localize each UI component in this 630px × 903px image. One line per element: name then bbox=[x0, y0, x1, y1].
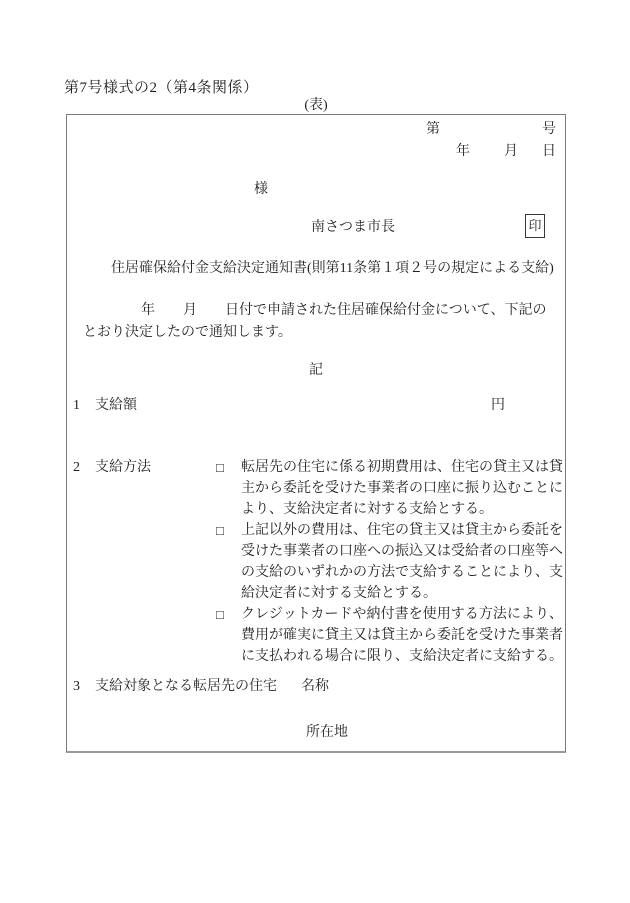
record-label: 記 bbox=[67, 361, 565, 381]
body-line-1: 年 月 日付で申請された住居確保給付金について、下記の bbox=[141, 301, 546, 321]
side-label: (表) bbox=[66, 96, 566, 116]
item2-number: 2 bbox=[73, 458, 80, 478]
payment-option-row: □ 上記以外の費用は、住宅の貸主又は貸主から委託を受けた事業者の口座への振込又は… bbox=[216, 520, 564, 604]
document-page: 第7号様式の2（第4条関係） (表) 第 号 年 月 日 様 南さつま市長 印 … bbox=[0, 0, 630, 903]
seal-label: 印 bbox=[528, 218, 541, 233]
seal-placeholder-box: 印 bbox=[525, 214, 545, 238]
payment-option-text: 転居先の住宅に係る初期費用は、住宅の貸主又は貸主から委託を受けた事業者の口座に振… bbox=[241, 457, 563, 520]
notice-sheet: 第 号 年 月 日 様 南さつま市長 印 住居確保給付金支給決定通知書(則第11… bbox=[66, 114, 566, 753]
payment-option-row: □ 転居先の住宅に係る初期費用は、住宅の貸主又は貸主から委託を受けた事業者の口座… bbox=[216, 457, 564, 520]
item3-label: 支給対象となる転居先の住宅 bbox=[95, 677, 277, 697]
date-day-label: 日 bbox=[542, 142, 556, 162]
date-year-label: 年 bbox=[456, 142, 470, 162]
item2-label: 支給方法 bbox=[95, 458, 151, 478]
payment-option-row: □ クレジットカードや納付書を使用する方法により、費用が確実に貸主又は貸主から委… bbox=[216, 604, 564, 667]
body-line-2: とおり決定したので通知します。 bbox=[83, 323, 292, 343]
doc-number-suffix: 号 bbox=[542, 120, 556, 140]
payment-option-text: 上記以外の費用は、住宅の貸主又は貸主から委託を受けた事業者の口座への振込又は受給… bbox=[241, 520, 563, 604]
item1-label: 支給額 bbox=[95, 396, 137, 416]
addressee-suffix: 様 bbox=[254, 180, 268, 200]
item1-number: 1 bbox=[73, 396, 80, 416]
checkbox-icon[interactable]: □ bbox=[216, 604, 241, 625]
item3-address-label: 所在地 bbox=[306, 723, 348, 743]
payment-method-options: □ 転居先の住宅に係る初期費用は、住宅の貸主又は貸主から委託を受けた事業者の口座… bbox=[216, 457, 564, 667]
date-month-label: 月 bbox=[504, 142, 518, 162]
item3-number: 3 bbox=[73, 677, 80, 697]
sender-name: 南さつま市長 bbox=[311, 218, 395, 238]
checkbox-icon[interactable]: □ bbox=[216, 457, 241, 478]
form-number: 第7号様式の2（第4条関係） bbox=[64, 78, 259, 98]
item1-unit-label: 円 bbox=[491, 396, 505, 416]
payment-option-text: クレジットカードや納付書を使用する方法により、費用が確実に貸主又は貸主から委託を… bbox=[241, 604, 563, 667]
document-title: 住居確保給付金支給決定通知書(則第11条第１項２号の規定による支給) bbox=[111, 259, 554, 279]
checkbox-icon[interactable]: □ bbox=[216, 520, 241, 541]
item3-name-label: 名称 bbox=[301, 677, 329, 697]
doc-number-prefix: 第 bbox=[426, 120, 440, 140]
